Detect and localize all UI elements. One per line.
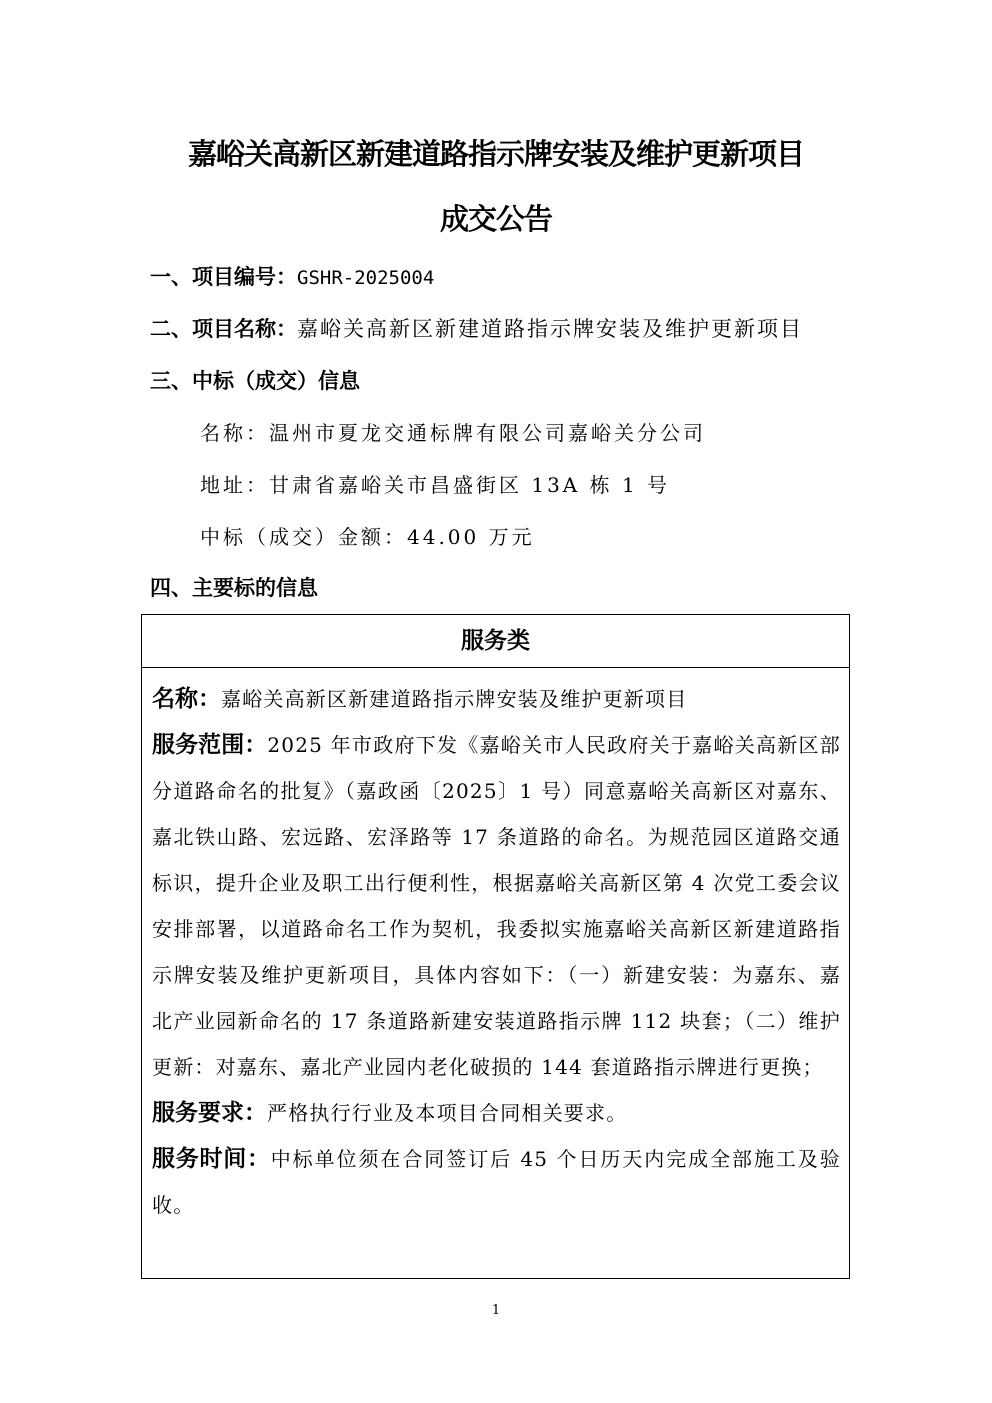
scope-value: 2025 年市政府下发《嘉峪关市人民政府关于嘉峪关高新区部分道路命名的批复》（嘉… bbox=[152, 733, 841, 1079]
page-number: 1 bbox=[0, 1303, 992, 1318]
scope-label: 服务范围： bbox=[152, 731, 267, 758]
section-heading: 二、项目名称： bbox=[150, 317, 297, 341]
document-title: 嘉峪关高新区新建道路指示牌安装及维护更新项目 bbox=[0, 132, 992, 173]
requirement-value: 严格执行行业及本项目合同相关要求。 bbox=[267, 1101, 627, 1125]
time-label: 服务时间： bbox=[152, 1145, 271, 1172]
winner-amount: 中标（成交）金额：44.00 万元 bbox=[200, 522, 535, 552]
project-name: 嘉峪关高新区新建道路指示牌安装及维护更新项目 bbox=[297, 317, 803, 341]
winner-address: 地址：甘肃省嘉峪关市昌盛街区 13A 栋 1 号 bbox=[200, 470, 670, 500]
document-subtitle: 成交公告 bbox=[0, 197, 992, 238]
requirement-label: 服务要求： bbox=[152, 1099, 267, 1126]
table-row-time: 服务时间：中标单位须在合同签订后 45 个日历天内完成全部施工及验收。 bbox=[152, 1136, 841, 1228]
section-heading: 一、项目编号： bbox=[150, 265, 297, 289]
section-winner-info: 三、中标（成交）信息 bbox=[150, 366, 360, 396]
subject-info-table: 服务类 名称：嘉峪关高新区新建道路指示牌安装及维护更新项目 服务范围：2025 … bbox=[141, 614, 850, 1279]
section-main-subject: 四、主要标的信息 bbox=[150, 573, 318, 603]
name-value: 嘉峪关高新区新建道路指示牌安装及维护更新项目 bbox=[221, 687, 687, 711]
section-project-name: 二、项目名称：嘉峪关高新区新建道路指示牌安装及维护更新项目 bbox=[150, 314, 803, 344]
table-row-requirement: 服务要求：严格执行行业及本项目合同相关要求。 bbox=[152, 1090, 841, 1136]
project-number: GSHR-2025004 bbox=[297, 267, 434, 289]
section-heading: 四、主要标的信息 bbox=[150, 576, 318, 600]
section-project-number: 一、项目编号：GSHR-2025004 bbox=[150, 262, 434, 293]
name-label: 名称： bbox=[152, 685, 221, 712]
section-heading: 三、中标（成交）信息 bbox=[150, 369, 360, 393]
table-row-name: 名称：嘉峪关高新区新建道路指示牌安装及维护更新项目 bbox=[152, 676, 841, 722]
table-row-scope: 服务范围：2025 年市政府下发《嘉峪关市人民政府关于嘉峪关高新区部分道路命名的… bbox=[152, 722, 841, 1090]
table-body: 名称：嘉峪关高新区新建道路指示牌安装及维护更新项目 服务范围：2025 年市政府… bbox=[142, 668, 849, 1228]
table-header: 服务类 bbox=[142, 615, 849, 668]
winner-name: 名称：温州市夏龙交通标牌有限公司嘉峪关分公司 bbox=[200, 418, 706, 448]
